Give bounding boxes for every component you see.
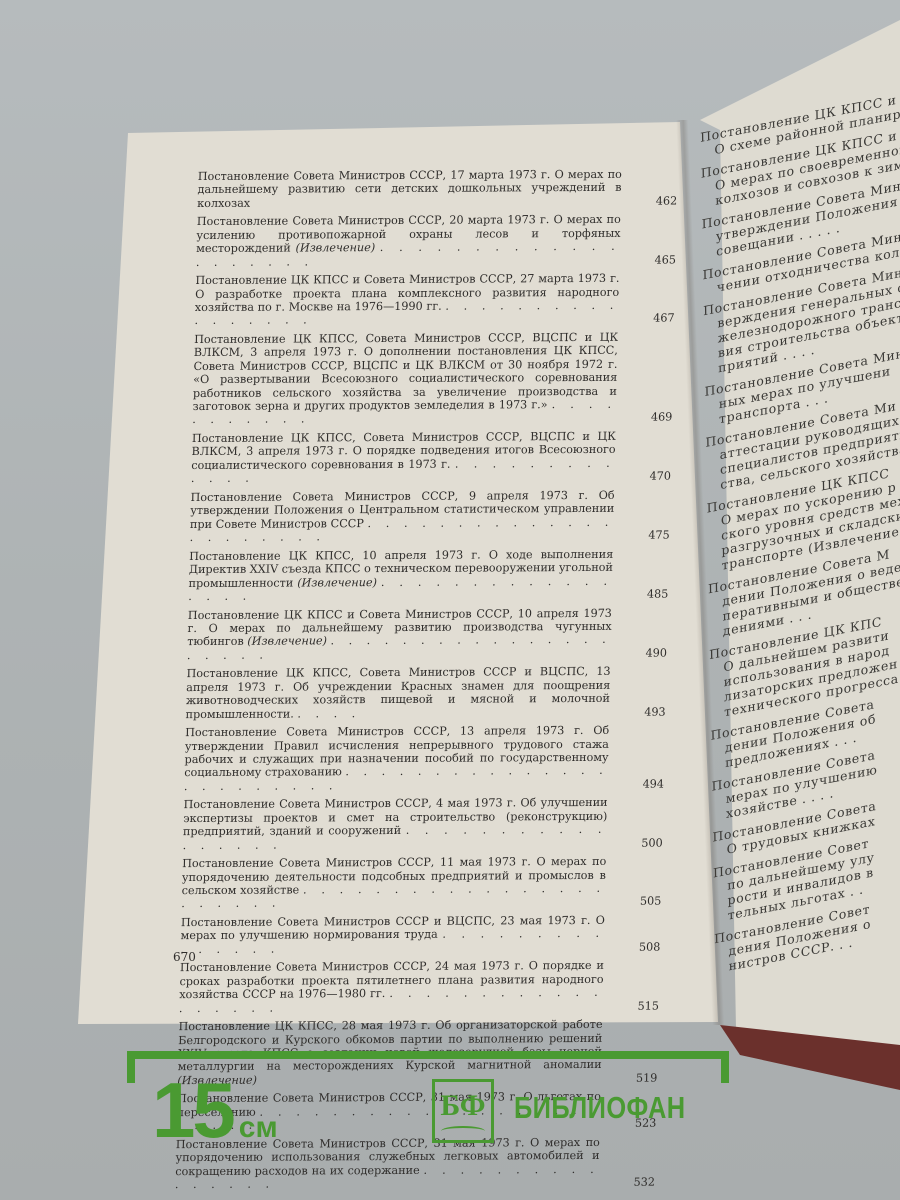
toc-page-number: 465 xyxy=(636,253,676,267)
scale-unit: см xyxy=(239,1111,278,1144)
toc-entry-title: Постановление Совета Министров СССР, 17 … xyxy=(197,168,622,210)
toc-entry-title: Постановление Совета Министров СССР, 13 … xyxy=(184,724,610,793)
toc-entry: Постановление ЦК КПСС, Совета Министров … xyxy=(192,331,618,427)
toc-entry-title: Постановление Совета Министров СССР, 20 … xyxy=(196,213,621,269)
toc-entry-title: Постановление Совета Министров СССР и ВЦ… xyxy=(180,914,605,956)
toc-page-number: 469 xyxy=(632,411,672,425)
toc-page-number: 505 xyxy=(621,895,661,909)
toc-entry-extract-note: (Извлечение) xyxy=(297,576,377,589)
toc-entry-title: Постановление ЦК КПСС и Совета Министров… xyxy=(194,272,619,328)
toc-entry: Постановление Совета Министров СССР, 17 … xyxy=(197,168,622,210)
toc-entry-title: Постановление Совета Министров СССР, 9 а… xyxy=(190,489,615,545)
toc-entry: Постановление ЦК КПСС, Совета Министров … xyxy=(191,430,616,486)
toc-page-number: 462 xyxy=(637,194,677,208)
toc-entry: Постановление Совета Министров СССР, 13 … xyxy=(184,724,610,793)
bibliofan-logo-icon: БФ xyxy=(432,1079,494,1143)
toc-page-number: 500 xyxy=(623,836,663,850)
toc-page-number: 467 xyxy=(634,312,674,326)
toc-entry-title: Постановление Совета Министров СССР, 4 м… xyxy=(183,796,608,852)
table-of-contents: Постановление Совета Министров СССР, 17 … xyxy=(175,168,622,1197)
toc-entry-title: Постановление ЦК КПСС и Совета Министров… xyxy=(187,606,612,662)
toc-entry-title: Постановление ЦК КПСС, 10 апреля 1973 г.… xyxy=(188,548,613,604)
toc-entry: Постановление Совета Министров СССР, 4 м… xyxy=(183,796,608,852)
scale-label: 15см xyxy=(152,1068,278,1152)
toc-leader-dots: . . . . xyxy=(297,707,361,720)
toc-entry-title: Постановление ЦК КПСС, Совета Министров … xyxy=(185,665,610,721)
toc-entry: Постановление Совета Министров СССР, 11 … xyxy=(181,855,606,911)
logo-letters: БФ xyxy=(440,1089,485,1122)
page-number: 670 xyxy=(173,950,196,964)
toc-page-number: 494 xyxy=(624,777,664,791)
toc-entry: Постановление Совета Министров СССР, 9 а… xyxy=(190,489,615,545)
toc-entry: Постановление ЦК КПСС, Совета Министров … xyxy=(185,665,610,721)
toc-entry-title: Постановление ЦК КПСС, Совета Министров … xyxy=(192,331,618,427)
brand-name: БИБЛИОФАН xyxy=(514,1090,686,1126)
toc-entry: Постановление ЦК КПСС и Совета Министров… xyxy=(194,272,619,328)
toc-entry-title: Постановление Совета Министров СССР, 11 … xyxy=(181,855,606,911)
toc-page-number: 532 xyxy=(615,1176,655,1190)
toc-entry-extract-note: (Извлечение) xyxy=(247,635,327,648)
toc-page-number: 475 xyxy=(629,529,669,543)
toc-entry: Постановление Совета Министров СССР, 20 … xyxy=(196,213,621,269)
scale-number: 15 xyxy=(152,1066,233,1154)
toc-entry: Постановление Совета Министров СССР и ВЦ… xyxy=(180,914,605,956)
toc-page-number: 515 xyxy=(619,999,659,1013)
toc-page-number: 485 xyxy=(628,587,668,601)
open-book-icon xyxy=(441,1126,485,1136)
toc-page-number: 493 xyxy=(625,705,665,719)
toc-page-number: 508 xyxy=(620,940,660,954)
toc-entry-text: Постановление ЦК КПСС, Совета Министров … xyxy=(186,665,611,720)
toc-page-number: 490 xyxy=(627,646,667,660)
toc-entry-title: Постановление ЦК КПСС, Совета Министров … xyxy=(191,430,616,486)
toc-entry: Постановление Совета Министров СССР, 24 … xyxy=(179,959,604,1015)
right-page-text: Постановление ЦК КПСС и СО схеме районно… xyxy=(700,87,900,977)
toc-page-number: 470 xyxy=(631,470,671,484)
toc-entry-extract-note: (Извлечение) xyxy=(295,241,375,254)
toc-entry-title: Постановление Совета Министров СССР, 24 … xyxy=(179,959,604,1015)
toc-entry-text: Постановление Совета Министров СССР, 17 … xyxy=(197,168,622,210)
toc-entry: Постановление ЦК КПСС и Совета Министров… xyxy=(187,606,612,662)
toc-entry: Постановление ЦК КПСС, 10 апреля 1973 г.… xyxy=(188,548,613,604)
